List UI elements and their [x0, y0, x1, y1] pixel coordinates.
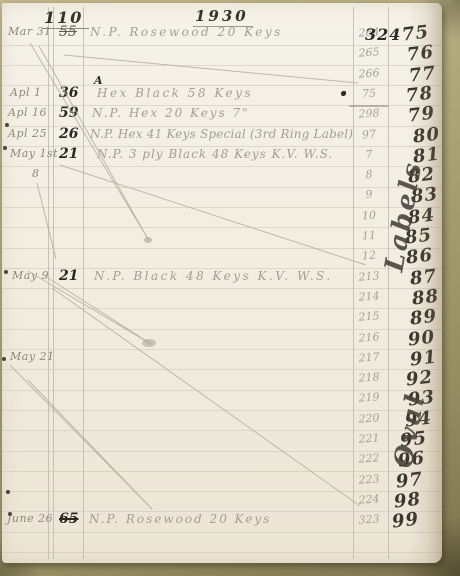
- pencil-smudge-small: [144, 237, 152, 243]
- edge-speck: [6, 490, 10, 494]
- edge-speck: [4, 270, 8, 274]
- stock-number: 97: [352, 126, 387, 141]
- stock-number: 9: [352, 187, 387, 202]
- entry-date: Apl 25: [8, 127, 47, 140]
- entry-date: Apl 16: [8, 106, 47, 119]
- stock-number: 222: [352, 451, 387, 466]
- stock-number: 214: [352, 289, 387, 304]
- entry-date: Mar 31: [8, 25, 52, 38]
- stock-number: 75: [352, 86, 387, 101]
- stock-number: 223: [352, 471, 387, 486]
- stock-number: 216: [352, 329, 387, 344]
- entry-description: N.P. Hex 41 Keys Special (3rd Ring Label…: [90, 127, 353, 141]
- stock-number: 219: [352, 390, 387, 405]
- entry-date: May 1st: [10, 147, 58, 160]
- stock-number: 266: [352, 65, 387, 80]
- page-edge-shadow: [408, 3, 442, 563]
- pencil-smudge: [142, 339, 156, 347]
- edge-speck: [5, 123, 9, 127]
- entry-description: N.P. Rosewood 20 Keys: [89, 512, 271, 526]
- stock-number: 11: [352, 228, 387, 243]
- stock-number: 218: [352, 370, 387, 385]
- vertical-rule-line: [53, 7, 54, 559]
- stock-number: 265: [352, 45, 387, 60]
- entry-quantity: 21: [59, 268, 78, 284]
- entry-date: May 9: [12, 269, 49, 282]
- stock-number: 221: [352, 431, 387, 446]
- stock-number: 323: [352, 512, 387, 527]
- entry-quantity: 59: [59, 105, 78, 121]
- edge-speck: [2, 357, 6, 361]
- entry-quantity: 65: [59, 511, 78, 527]
- vertical-rule-line: [48, 7, 49, 559]
- entry-quantity: 26: [59, 126, 78, 142]
- entry-description: N.P. Hex 20 Keys 7": [92, 106, 250, 120]
- entry-description: N.P. 3 ply Black 48 Keys K.V. W.S.: [97, 147, 333, 161]
- horizontal-rule-line: [2, 552, 442, 553]
- entry-description: N.P. Rosewood 20 Keys: [90, 25, 283, 39]
- stock-number: 8: [352, 167, 387, 182]
- entry-quantity: 21: [59, 146, 78, 162]
- stock-number: 220: [352, 411, 387, 426]
- entry-date: Apl 1: [10, 86, 42, 99]
- photo-background: 110 1930 Mar 3155N.P. Rosewood 20 KeysAp…: [0, 0, 460, 576]
- horizontal-rule-line: [2, 532, 442, 533]
- edge-speck: [3, 146, 7, 150]
- vertical-rule-line: [83, 7, 84, 559]
- stock-number: 298: [352, 106, 387, 121]
- entry-quantity: 55: [59, 24, 77, 40]
- stock-number: 10: [352, 208, 387, 223]
- entry-date: 8: [32, 167, 40, 180]
- edge-speck: [8, 512, 12, 516]
- ledger-page: 110 1930 Mar 3155N.P. Rosewood 20 KeysAp…: [2, 3, 442, 563]
- year-heading: 1930: [193, 7, 253, 27]
- entry-date: May 21: [10, 350, 55, 363]
- stock-number: 7: [352, 147, 387, 162]
- serial-prefix: 324: [365, 25, 401, 44]
- stock-number: 215: [352, 309, 387, 324]
- entry-description: N.P. Black 48 Keys K.V. W.S.: [94, 269, 333, 283]
- entry-date: June 26: [7, 512, 53, 525]
- stock-number: 217: [352, 350, 387, 365]
- entry-description: Hex Black 58 Keys: [97, 86, 253, 100]
- stock-number: 224: [352, 492, 387, 507]
- entry-quantity: 36: [59, 85, 78, 101]
- ink-mark: [341, 91, 346, 96]
